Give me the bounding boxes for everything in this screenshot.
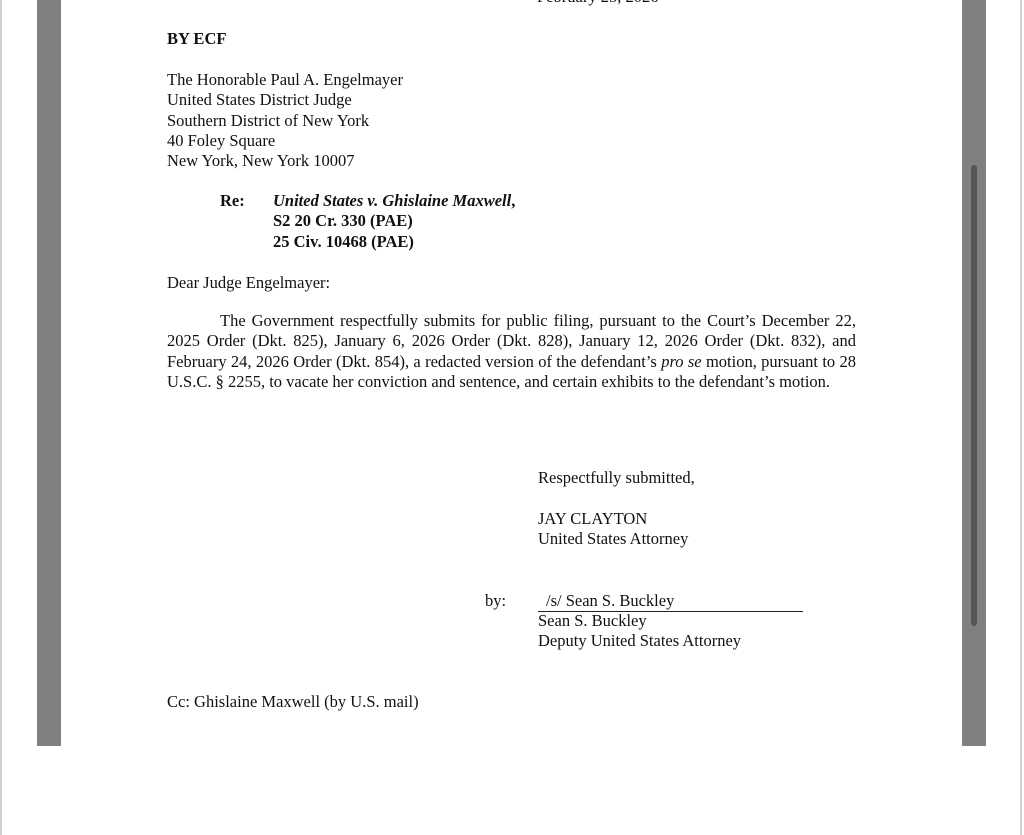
addressee-block: The Honorable Paul A. Engelmayer United … xyxy=(167,70,403,171)
body-paragraph: The Government respectfully submits for … xyxy=(167,311,856,393)
vertical-scrollbar-thumb[interactable] xyxy=(971,165,977,626)
addressee-line: United States District Judge xyxy=(167,90,403,110)
signatory-block: Sean S. Buckley Deputy United States Att… xyxy=(538,611,741,652)
signer-title: United States Attorney xyxy=(538,529,688,549)
signatory-name: Sean S. Buckley xyxy=(538,611,741,631)
addressee-line: Southern District of New York xyxy=(167,111,403,131)
docket-number: 25 Civ. 10468 (PAE) xyxy=(273,232,515,252)
page-gutter-left xyxy=(37,0,61,746)
document-page: February 25, 2026 BY ECF The Honorable P… xyxy=(61,0,962,746)
signer-name: JAY CLAYTON xyxy=(538,509,688,529)
case-caption: United States v. Ghislaine Maxwell, xyxy=(273,191,515,211)
body-text-italic: pro se xyxy=(661,352,701,371)
addressee-line: The Honorable Paul A. Engelmayer xyxy=(167,70,403,90)
signature-line: /s/ Sean S. Buckley xyxy=(538,591,803,612)
closing: Respectfully submitted, xyxy=(538,468,695,488)
signer-block: JAY CLAYTON United States Attorney xyxy=(538,509,688,550)
signatory-title: Deputy United States Attorney xyxy=(538,631,741,651)
delivery-method: BY ECF xyxy=(167,29,226,49)
by-label: by: xyxy=(485,591,506,611)
salutation: Dear Judge Engelmayer: xyxy=(167,273,330,293)
addressee-line: New York, New York 10007 xyxy=(167,151,403,171)
case-name: United States v. Ghislaine Maxwell xyxy=(273,191,511,210)
window-border-left xyxy=(0,0,2,835)
window-border-right xyxy=(1020,0,1022,835)
docket-number: S2 20 Cr. 330 (PAE) xyxy=(273,211,515,231)
addressee-line: 40 Foley Square xyxy=(167,131,403,151)
cc-line: Cc: Ghislaine Maxwell (by U.S. mail) xyxy=(167,692,419,712)
re-label: Re: xyxy=(220,191,245,211)
re-block: United States v. Ghislaine Maxwell, S2 2… xyxy=(273,191,515,252)
case-name-suffix: , xyxy=(511,191,515,210)
letter-date: February 25, 2026 xyxy=(537,0,658,7)
signature: /s/ Sean S. Buckley xyxy=(538,591,674,610)
